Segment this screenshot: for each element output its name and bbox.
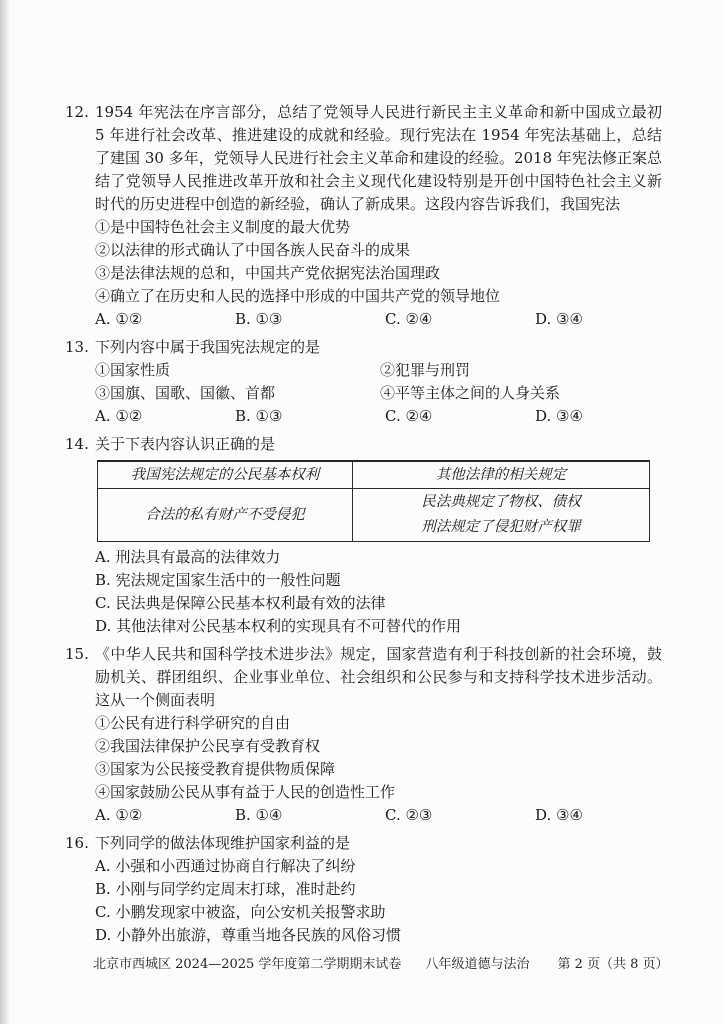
table-cell-right-line-1: 民法典规定了物权、债权 <box>357 490 645 515</box>
option-item-2: ②我国法律保护公民享有受教育权 <box>95 735 662 758</box>
footer-page-number: 第 2 页（共 8 页） <box>557 956 668 974</box>
answer-choice-b: B. ①③ <box>235 308 385 331</box>
answer-choices: A. ①② B. ①③ C. ②④ D. ③④ <box>95 308 662 331</box>
answer-choice-d: D. ③④ <box>535 804 662 827</box>
answer-choices: A. ①② B. ①③ C. ②④ D. ③④ <box>95 405 662 428</box>
option-item-1: ①国家性质 <box>95 359 380 382</box>
question-16: 16. 下列同学的做法体现维护国家利益的是 A. 小强和小西通过协商自行解决了纠… <box>65 832 662 947</box>
question-stem: 1954 年宪法在序言部分，总结了党领导人民进行新民主主义革命和新中国成立最初 … <box>95 101 662 216</box>
answer-choice-a: A. 小强和小西通过协商自行解决了纠纷 <box>95 855 662 878</box>
question-15: 15. 《中华人民共和国科学技术进步法》规定，国家营造有利于科技创新的社会环境，… <box>65 643 662 827</box>
exam-paper-page: 12. 1954 年宪法在序言部分，总结了党领导人民进行新民主主义革命和新中国成… <box>0 0 724 1024</box>
answer-choice-d: D. ③④ <box>535 308 662 331</box>
option-item-4: ④平等主体之间的人身关系 <box>380 382 662 405</box>
option-item-4: ④国家鼓励公民从事有益于人民的创造性工作 <box>95 781 662 804</box>
option-items-grid: ①国家性质 ②犯罪与刑罚 ③国旗、国歌、国徽、首都 ④平等主体之间的人身关系 <box>95 359 662 405</box>
answer-choice-a: A. ①② <box>95 308 235 331</box>
answer-choice-a: A. ①② <box>95 405 235 428</box>
answer-choice-b: B. ①④ <box>235 804 385 827</box>
answer-choice-c: C. ②③ <box>385 804 535 827</box>
table-header-cell-right: 其他法律的相关规定 <box>353 461 650 489</box>
option-item-1: ①是中国特色社会主义制度的最大优势 <box>95 216 662 239</box>
page-footer: 北京市西城区 2024—2025 学年度第二学期期末试卷 八年级道德与法治 第 … <box>93 956 669 974</box>
footer-exam-title: 北京市西城区 2024—2025 学年度第二学期期末试卷 <box>93 956 401 974</box>
option-item-4: ④确立了在历史和人民的选择中形成的中国共产党的领导地位 <box>95 285 662 308</box>
answer-choice-c: C. 民法典是保障公民基本权利最有效的法律 <box>95 592 662 615</box>
questions-area: 12. 1954 年宪法在序言部分，总结了党领导人民进行新民主主义革命和新中国成… <box>65 101 662 952</box>
question-stem: 下列内容中属于我国宪法规定的是 <box>95 336 662 359</box>
option-item-3: ③国家为公民接受教育提供物质保障 <box>95 758 662 781</box>
question-13: 13. 下列内容中属于我国宪法规定的是 ①国家性质 ②犯罪与刑罚 ③国旗、国歌、… <box>65 336 662 428</box>
answer-choice-d: D. 其他法律对公民基本权利的实现具有不可替代的作用 <box>95 615 662 638</box>
question-14: 14. 关于下表内容认识正确的是 我国宪法规定的公民基本权利 其他法律的相关规定… <box>65 433 662 638</box>
question-number: 15. <box>65 643 95 827</box>
option-item-1: ①公民有进行科学研究的自由 <box>95 712 662 735</box>
answer-choice-d: D. 小静外出旅游，尊重当地各民族的风俗习惯 <box>95 924 662 947</box>
question-stem: 《中华人民共和国科学技术进步法》规定，国家营造有利于科技创新的社会环境，鼓励机关… <box>95 643 662 712</box>
answer-choice-b: B. 小刚与同学约定周末打球，准时赴约 <box>95 878 662 901</box>
scan-edge-shadow <box>0 0 10 1024</box>
option-item-2: ②犯罪与刑罚 <box>380 359 662 382</box>
question-number: 14. <box>65 433 95 638</box>
table-cell-left: 合法的私有财产不受侵犯 <box>98 489 353 542</box>
question-number: 13. <box>65 336 95 428</box>
question-stem: 下列同学的做法体现维护国家利益的是 <box>95 832 662 855</box>
table-cell-right-line-2: 刑法规定了侵犯财产权罪 <box>357 515 645 540</box>
answer-choice-a: A. ①② <box>95 804 235 827</box>
answer-choice-b: B. 宪法规定国家生活中的一般性问题 <box>95 569 662 592</box>
question-12: 12. 1954 年宪法在序言部分，总结了党领导人民进行新民主主义革命和新中国成… <box>65 101 662 331</box>
answer-choice-c: C. 小鹏发现家中被盗，向公安机关报警求助 <box>95 901 662 924</box>
question-number: 12. <box>65 101 95 331</box>
table-header-cell-left: 我国宪法规定的公民基本权利 <box>98 461 353 489</box>
table-header-row: 我国宪法规定的公民基本权利 其他法律的相关规定 <box>98 461 650 489</box>
table-data-row: 合法的私有财产不受侵犯 民法典规定了物权、债权 刑法规定了侵犯财产权罪 <box>98 489 650 542</box>
answer-choice-a: A. 刑法具有最高的法律效力 <box>95 546 662 569</box>
answer-choice-b: B. ①③ <box>235 405 385 428</box>
answer-choice-c: C. ②④ <box>385 405 535 428</box>
option-item-3: ③是法律法规的总和，中国共产党依据宪法治国理政 <box>95 262 662 285</box>
answer-choices: A. ①② B. ①④ C. ②③ D. ③④ <box>95 804 662 827</box>
question-stem: 关于下表内容认识正确的是 <box>95 433 662 456</box>
footer-subject: 八年级道德与法治 <box>425 956 529 974</box>
answer-choice-c: C. ②④ <box>385 308 535 331</box>
comparison-table: 我国宪法规定的公民基本权利 其他法律的相关规定 合法的私有财产不受侵犯 民法典规… <box>97 460 650 542</box>
option-item-3: ③国旗、国歌、国徽、首都 <box>95 382 380 405</box>
question-number: 16. <box>65 832 95 947</box>
table-cell-right: 民法典规定了物权、债权 刑法规定了侵犯财产权罪 <box>353 489 650 542</box>
option-item-2: ②以法律的形式确认了中国各族人民奋斗的成果 <box>95 239 662 262</box>
answer-choice-d: D. ③④ <box>535 405 662 428</box>
